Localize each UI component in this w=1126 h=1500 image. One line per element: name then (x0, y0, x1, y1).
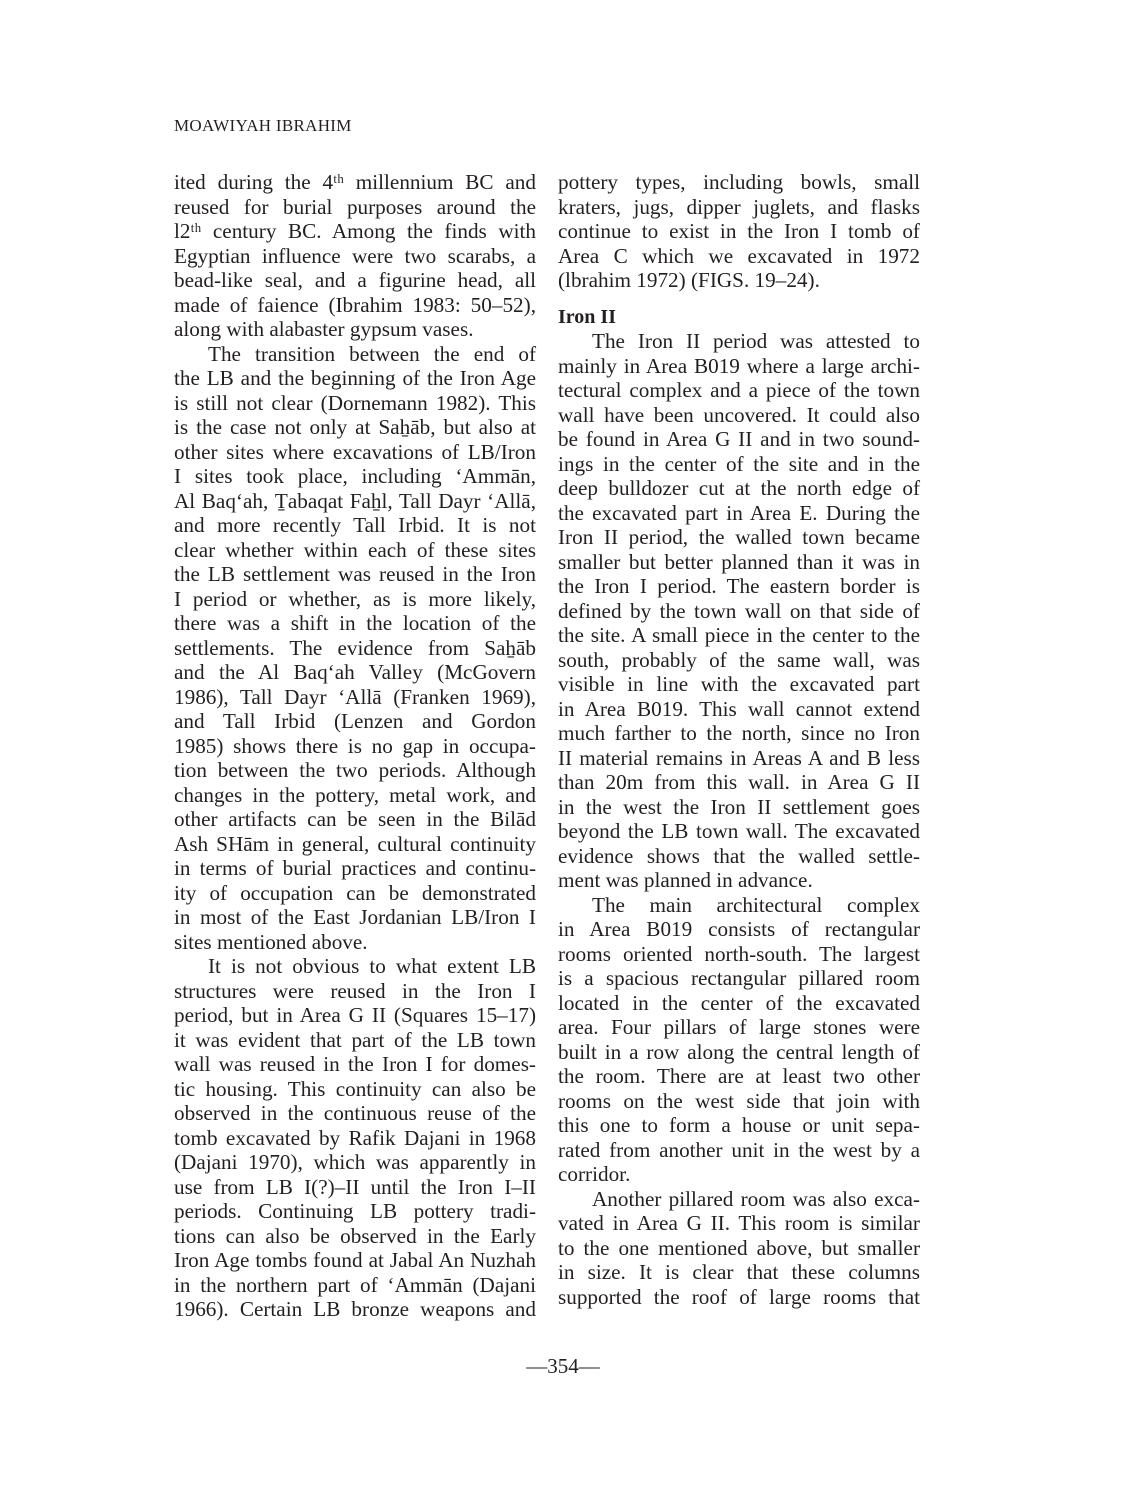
text-line: (Dajani 1970), which was apparently in (174, 1150, 536, 1175)
text-line: Ash SHām in general, cultural continuity (174, 832, 536, 857)
text-line: the LB settlement was reused in the Iron (174, 562, 536, 587)
text-line: sites mentioned above. (174, 930, 536, 955)
text-line: observed in the continuous reuse of the (174, 1101, 536, 1126)
text-line: it was evident that part of the LB town (174, 1028, 536, 1053)
text-line: in Area B019 consists of rectangular (558, 917, 920, 942)
text-line: (lbrahim 1972) (FIGS. 19–24). (558, 268, 920, 293)
text-line: l2ᵗʰ century BC. Among the finds with (174, 219, 536, 244)
text-line: Egyptian influence were two scarabs, a (174, 244, 536, 269)
paragraph: ited during the 4ᵗʰ millennium BC and re… (174, 170, 536, 342)
text-line: Iron Age tombs found at Jabal An Nuzhah (174, 1248, 536, 1273)
text-line: tion between the two periods. Although (174, 758, 536, 783)
text-line: Al Baq‘ah, Ṯabaqat Faẖl, Tall Dayr ‘Al… (174, 489, 536, 514)
text-line: made of faience (Ibrahim 1983: 50–52), (174, 293, 536, 318)
text-line: corridor. (558, 1162, 920, 1187)
text-line: structures were reused in the Iron I (174, 979, 536, 1004)
text-line: I period or whether, as is more likely, (174, 587, 536, 612)
text-line: in most of the East Jordanian LB/Iron I (174, 905, 536, 930)
text-line: mainly in Area B019 where a large archi- (558, 354, 920, 379)
paragraph: It is not obvious to what extent LB stru… (174, 954, 536, 1322)
text-line: tic housing. This continuity can also be (174, 1077, 536, 1102)
text-line: this one to form a house or unit sepa- (558, 1113, 920, 1138)
text-line: continue to exist in the Iron I tomb of (558, 219, 920, 244)
text-line: built in a row along the central length … (558, 1040, 920, 1065)
text-line: along with alabaster gypsum vases. (174, 317, 536, 342)
text-line: Area C which we excavated in 1972 (558, 244, 920, 269)
text-line: ings in the center of the site and in th… (558, 452, 920, 477)
text-line: evidence shows that the walled settle- (558, 844, 920, 869)
text-line: south, probably of the same wall, was (558, 648, 920, 673)
text-line: 1966). Certain LB bronze weapons and (174, 1297, 536, 1322)
text-line: changes in the pottery, metal work, and (174, 783, 536, 808)
text-line: rooms oriented north-south. The largest (558, 942, 920, 967)
left-column: ited during the 4ᵗʰ millennium BC and re… (174, 170, 536, 1322)
text-line: in size. It is clear that these columns (558, 1260, 920, 1285)
text-line: rooms on the west side that join with (558, 1089, 920, 1114)
text-line: the room. There are at least two other (558, 1064, 920, 1089)
text-line: clear whether within each of these sites (174, 538, 536, 563)
text-line: to the one mentioned above, but smaller (558, 1236, 920, 1261)
paragraph: The main architectural complex in Area B… (558, 893, 920, 1187)
text-line: is the case not only at Saẖāb, but also… (174, 415, 536, 440)
text-line: the site. A small piece in the center to… (558, 623, 920, 648)
right-column: pottery types, including bowls, small kr… (558, 170, 920, 1309)
text-line: much farther to the north, since no Iron (558, 721, 920, 746)
text-line: It is not obvious to what extent LB (174, 954, 536, 979)
text-line: ited during the 4ᵗʰ millennium BC and (174, 170, 536, 195)
text-line: wall have been uncovered. It could also (558, 403, 920, 428)
text-line: is still not clear (Dornemann 1982). Thi… (174, 391, 536, 416)
paragraph: pottery types, including bowls, small kr… (558, 170, 920, 293)
text-line: tomb excavated by Rafik Dajani in 1968 (174, 1126, 536, 1151)
paragraph: The transition between the end of the LB… (174, 342, 536, 955)
text-line: The transition between the end of (174, 342, 536, 367)
section-heading: Iron II (558, 305, 920, 330)
text-line: located in the center of the excavated (558, 991, 920, 1016)
text-line: vated in Area G II. This room is similar (558, 1211, 920, 1236)
text-line: than 20m from this wall. in Area G II (558, 770, 920, 795)
text-line: smaller but better planned than it was i… (558, 550, 920, 575)
text-line: The Iron II period was attested to (558, 329, 920, 354)
text-line: is a spacious rectangular pillared room (558, 966, 920, 991)
text-line: and more recently Tall Irbid. It is not (174, 513, 536, 538)
text-line: rated from another unit in the west by a (558, 1138, 920, 1163)
text-line: tions can also be observed in the Early (174, 1224, 536, 1249)
text-line: in the northern part of ‘Ammān (Dajani (174, 1273, 536, 1298)
text-line: and Tall Irbid (Lenzen and Gordon (174, 709, 536, 734)
text-line: the LB and the beginning of the Iron Age (174, 366, 536, 391)
text-line: ity of occupation can be demonstrated (174, 881, 536, 906)
text-line: kraters, jugs, dipper juglets, and flask… (558, 195, 920, 220)
text-line: periods. Continuing LB pottery tradi- (174, 1199, 536, 1224)
text-line: be found in Area G II and in two sound- (558, 427, 920, 452)
text-line: the Iron I period. The eastern border is (558, 574, 920, 599)
text-line: there was a shift in the location of the (174, 611, 536, 636)
text-line: Another pillared room was also exca- (558, 1187, 920, 1212)
text-line: tectural complex and a piece of the town (558, 378, 920, 403)
text-line: bead-like seal, and a figurine head, all (174, 268, 536, 293)
text-line: The main architectural complex (558, 893, 920, 918)
text-line: beyond the LB town wall. The excavated (558, 819, 920, 844)
text-line: wall was reused in the Iron I for domes- (174, 1052, 536, 1077)
page-number: —354— (0, 1354, 1126, 1379)
text-line: in terms of burial practices and continu… (174, 856, 536, 881)
text-line: Iron II period, the walled town became (558, 525, 920, 550)
paragraph: Another pillared room was also exca- vat… (558, 1187, 920, 1310)
text-line: 1986), Tall Dayr ‘Allā (Franken 1969), (174, 685, 536, 710)
text-line: other sites where excavations of LB/Iron (174, 440, 536, 465)
text-line: other artifacts can be seen in the Bilād (174, 807, 536, 832)
text-line: reused for burial purposes around the (174, 195, 536, 220)
text-line: and the Al Baq‘ah Valley (McGovern (174, 660, 536, 685)
text-line: 1985) shows there is no gap in occupa- (174, 734, 536, 759)
text-line: settlements. The evidence from Saẖāb (174, 636, 536, 661)
running-head: MOAWIYAH IBRAHIM (174, 116, 352, 136)
text-line: defined by the town wall on that side of (558, 599, 920, 624)
text-line: area. Four pillars of large stones were (558, 1015, 920, 1040)
text-line: use from LB I(?)–II until the Iron I–II (174, 1175, 536, 1200)
text-line: period, but in Area G II (Squares 15–17) (174, 1003, 536, 1028)
text-line: visible in line with the excavated part (558, 672, 920, 697)
text-line: in Area B019. This wall cannot extend (558, 697, 920, 722)
text-line: in the west the Iron II settlement goes (558, 795, 920, 820)
text-line: I sites took place, including ‘Ammān, (174, 464, 536, 489)
text-line: pottery types, including bowls, small (558, 170, 920, 195)
text-line: deep bulldozer cut at the north edge of (558, 476, 920, 501)
text-line: supported the roof of large rooms that (558, 1285, 920, 1310)
text-line: the excavated part in Area E. During the (558, 501, 920, 526)
text-line: II material remains in Areas A and B les… (558, 746, 920, 771)
paragraph: The Iron II period was attested to mainl… (558, 329, 920, 893)
text-line: ment was planned in advance. (558, 868, 920, 893)
